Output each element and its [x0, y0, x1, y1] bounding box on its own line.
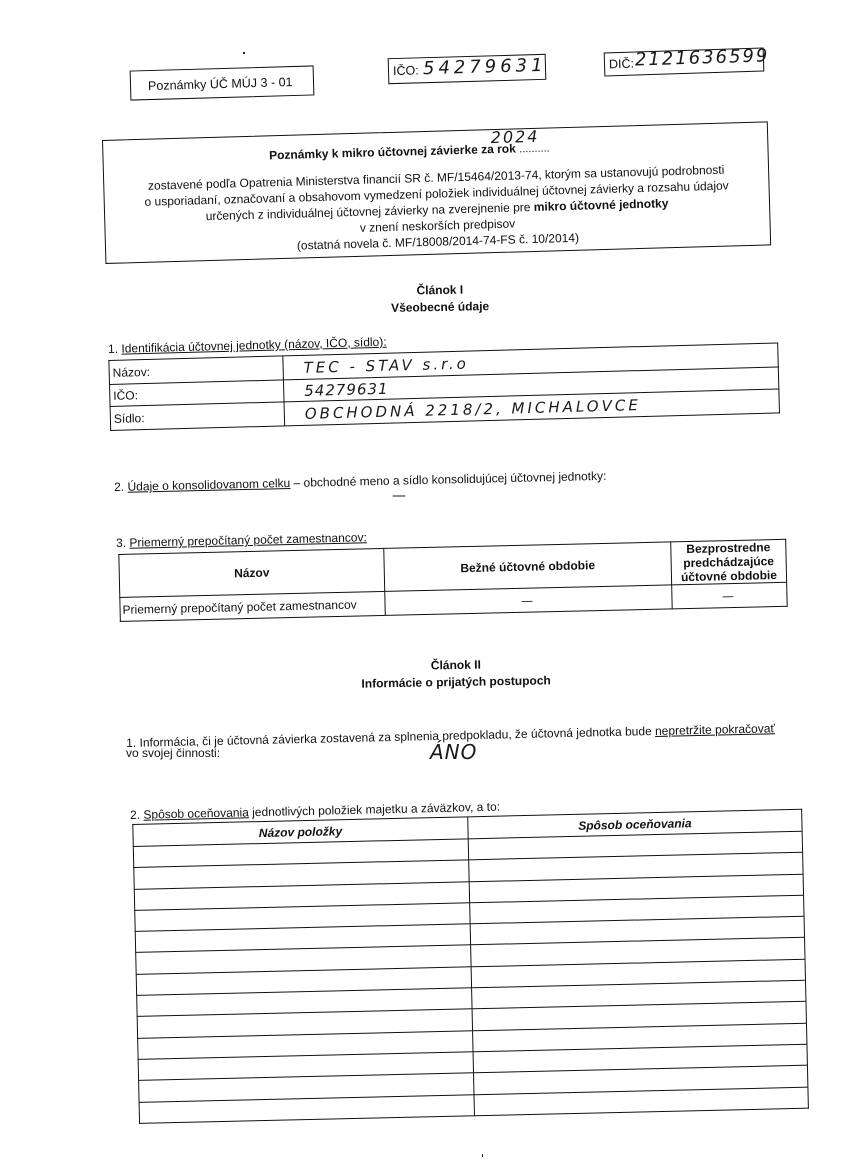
consolidation-value[interactable]: — — [392, 488, 409, 504]
valuation-number: 2. — [130, 808, 140, 822]
scanned-page: Poznámky ÚČ MÚJ 3 - 01 IČO: 54279631 DIČ… — [0, 0, 850, 1169]
article2-heading-block: Článok II Informácie o prijatých postupo… — [316, 655, 597, 694]
address-label: Sídlo: — [110, 402, 285, 431]
article1-subheading: Všeobecné údaje — [300, 297, 580, 319]
employees-label: 3. Priemerný prepočítaný počet zamestnan… — [116, 530, 367, 550]
ico-row-value[interactable]: 54279631 — [304, 379, 389, 399]
dic-label: DIČ: — [609, 57, 634, 72]
dic-value[interactable]: 2121636599 — [635, 45, 770, 70]
valuation-body — [133, 831, 808, 1123]
going-concern-text-line2: vo svojej činnosti: — [126, 746, 220, 760]
consolidation-label-underlined: Údaje o konsolidovanom celku — [127, 476, 290, 494]
ico-box: IČO: 54279631 — [388, 54, 547, 84]
employees-previous-value[interactable]: — — [672, 582, 788, 609]
article2-subheading: Informácie o prijatých postupoch — [316, 672, 596, 694]
form-code: Poznámky ÚČ MÚJ 3 - 01 — [148, 75, 293, 93]
form-code-box: Poznámky ÚČ MÚJ 3 - 01 — [130, 65, 315, 100]
regulation-line-3-bold: mikro účtovné jednotky — [534, 196, 669, 214]
scan-speck — [482, 1154, 483, 1157]
valuation-label-underlined: Spôsob oceňovania — [143, 805, 249, 821]
address-value[interactable]: OBCHODNÁ 2218/2, MICHALOVCE — [305, 396, 641, 423]
valuation-table: Názov položky Spôsob oceňovania — [132, 809, 809, 1124]
title-box: Poznámky k mikro účtovnej závierke za ro… — [102, 121, 771, 264]
form-title: Poznámky k mikro účtovnej závierke za ro… — [269, 141, 516, 162]
employees-col-name: Názov — [119, 548, 385, 597]
employees-current-value[interactable]: — — [385, 585, 672, 616]
year-value[interactable]: 2024 — [490, 127, 539, 147]
dic-box: DIČ: 2121636599 — [604, 47, 765, 76]
employees-col-current: Bežné účtovné obdobie — [384, 542, 672, 592]
scan-speck — [243, 52, 245, 54]
ico-label: IČO: — [393, 63, 419, 78]
employees-row-name: Priemerný prepočítaný počet zamestnancov — [120, 591, 385, 621]
consolidation-label-rest: – obchodné meno a sídlo konsolidujúcej ú… — [290, 469, 606, 490]
consolidation-section: 2. Údaje o konsolidovanom celku – obchod… — [114, 469, 607, 494]
employees-number: 3. — [116, 536, 126, 550]
going-concern-answer[interactable]: ÁNO — [430, 740, 477, 764]
identification-label-text: Identifikácia účtovnej jednotky (názov, … — [121, 335, 387, 356]
consolidation-number: 2. — [114, 480, 124, 494]
employees-table: Názov Bežné účtovné obdobie Bezprostredn… — [118, 539, 787, 622]
article1-heading-block: Článok I Všeobecné údaje — [300, 280, 581, 319]
employees-col-previous: Bezprostredne predchádzajúce účtovné obd… — [671, 539, 787, 585]
identification-table: Názov: TEC - STAV s.r.o IČO: 54279631 Sí… — [108, 342, 780, 431]
employees-label-text: Priemerný prepočítaný počet zamestnancov… — [129, 530, 367, 549]
going-concern-text-underlined: nepretržite pokračovať — [655, 721, 775, 738]
name-value[interactable]: TEC - STAV s.r.o — [303, 354, 469, 376]
identification-number: 1. — [108, 342, 118, 356]
ico-value[interactable]: 54279631 — [423, 55, 547, 79]
